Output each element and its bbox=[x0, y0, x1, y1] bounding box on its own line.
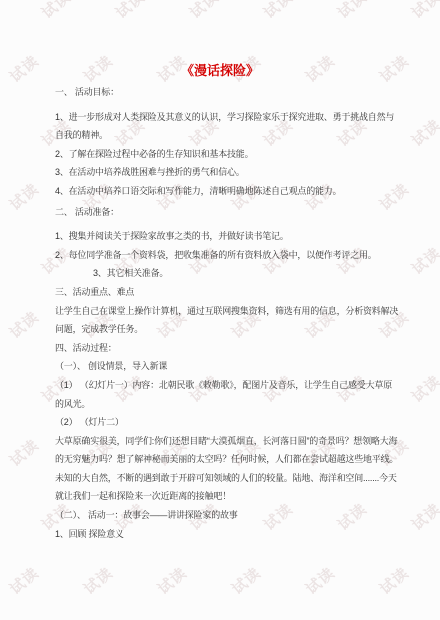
text-line: 问题，完成教学任务。 bbox=[55, 320, 395, 339]
text-line: 一、 活动目标： bbox=[55, 83, 395, 102]
text-line: 2、每位同学准备一个资料袋，把收集准备的所有资料放入袋中，以便作考评之用。 bbox=[55, 246, 395, 265]
text-line: 1、搜集并阅读关于探险家故事之类的书，并做好读书笔记。 bbox=[55, 227, 395, 246]
text-line: 3、其它相关准备。 bbox=[55, 264, 395, 283]
text-line: 未知的大自然，不断的遇到敢于开辟可知领域的人们的较量。陆地、海洋和空间.....… bbox=[55, 469, 395, 488]
watermark-text: 试读 bbox=[79, 562, 117, 599]
watermark-text: 试读 bbox=[185, 0, 223, 23]
text-line: 自我的精神。 bbox=[55, 126, 395, 145]
text-line: 的风光。 bbox=[55, 395, 395, 414]
watermark-text: 试读 bbox=[111, 0, 149, 23]
watermark-text: 试读 bbox=[5, 178, 43, 215]
text-line: （二）、 活动一：故事会——讲讲探险家的故事 bbox=[55, 506, 395, 525]
watermark-text: 试读 bbox=[407, 242, 440, 279]
watermark-text: 试读 bbox=[227, 562, 265, 599]
text-line: （一）、 创设情景，导入新课 bbox=[55, 357, 395, 376]
text-line: 1、进一步形成对人类探险及其意义的认识，学习探险家乐于探究进取、勇于挑战自然与 bbox=[55, 108, 395, 127]
watermark-text: 试读 bbox=[301, 562, 339, 599]
watermark-text: 试读 bbox=[407, 370, 440, 407]
watermark-text: 试读 bbox=[407, 114, 440, 151]
text-line: （2） （灯片二） bbox=[55, 413, 395, 432]
watermark-text: 试读 bbox=[375, 562, 413, 599]
text-line: 3、在活动中培养战胜困难与挫折的勇气和信心。 bbox=[55, 163, 395, 182]
document-body: 一、 活动目标： 1、进一步形成对人类探险及其意义的认识，学习探险家乐于探究进取… bbox=[55, 83, 395, 543]
watermark-text: 试读 bbox=[5, 306, 43, 343]
text-line: 二、 活动准备： bbox=[55, 203, 395, 222]
watermark-text: 试读 bbox=[407, 0, 440, 23]
text-line: 2、了解在探险过程中必备的生存知识和基本技能。 bbox=[55, 145, 395, 164]
text-line: 就让我们一起和探险来一次近距离的接触吧！ bbox=[55, 487, 395, 506]
document-page: 试读试读试读试读试读试读试读试读试读试读试读试读试读试读试读试读试读试读试读试读… bbox=[0, 0, 440, 620]
watermark-text: 试读 bbox=[153, 562, 191, 599]
text-line: 4、在活动中培养口语交际和写作能力，清晰明确地陈述自己观点的能力。 bbox=[55, 182, 395, 201]
watermark-text: 试读 bbox=[37, 0, 75, 23]
watermark-text: 试读 bbox=[407, 498, 440, 535]
text-line: 大草原确实很美，同学们:你们还想目睹“大漠孤烟直，长河落日圆”的奇景吗？想领略大… bbox=[55, 432, 395, 451]
text-line: 1、回顾 探险意义 bbox=[55, 525, 395, 544]
text-line: 的无穷魅力吗？想了解神秘而美丽的太空吗？任何时候，人们都在尝试超越这些地平线。 bbox=[55, 450, 395, 469]
watermark-text: 试读 bbox=[5, 434, 43, 471]
page-title: 《漫话探险》 bbox=[0, 60, 440, 79]
text-line: 四、活动过程： bbox=[55, 339, 395, 358]
text-line: 让学生自己在课堂上操作计算机，通过互联网搜集资料，筛选有用的信息，分析资料解决 bbox=[55, 302, 395, 321]
text-line: （1） （幻灯片一）内容：北朝民歌《敕勒歌》，配图片及音乐，让学生自己感受大草原 bbox=[55, 376, 395, 395]
text-line: 三、活动重点、难点 bbox=[55, 283, 395, 302]
watermark-text: 试读 bbox=[333, 0, 371, 23]
watermark-text: 试读 bbox=[259, 0, 297, 23]
watermark-text: 试读 bbox=[5, 562, 43, 599]
